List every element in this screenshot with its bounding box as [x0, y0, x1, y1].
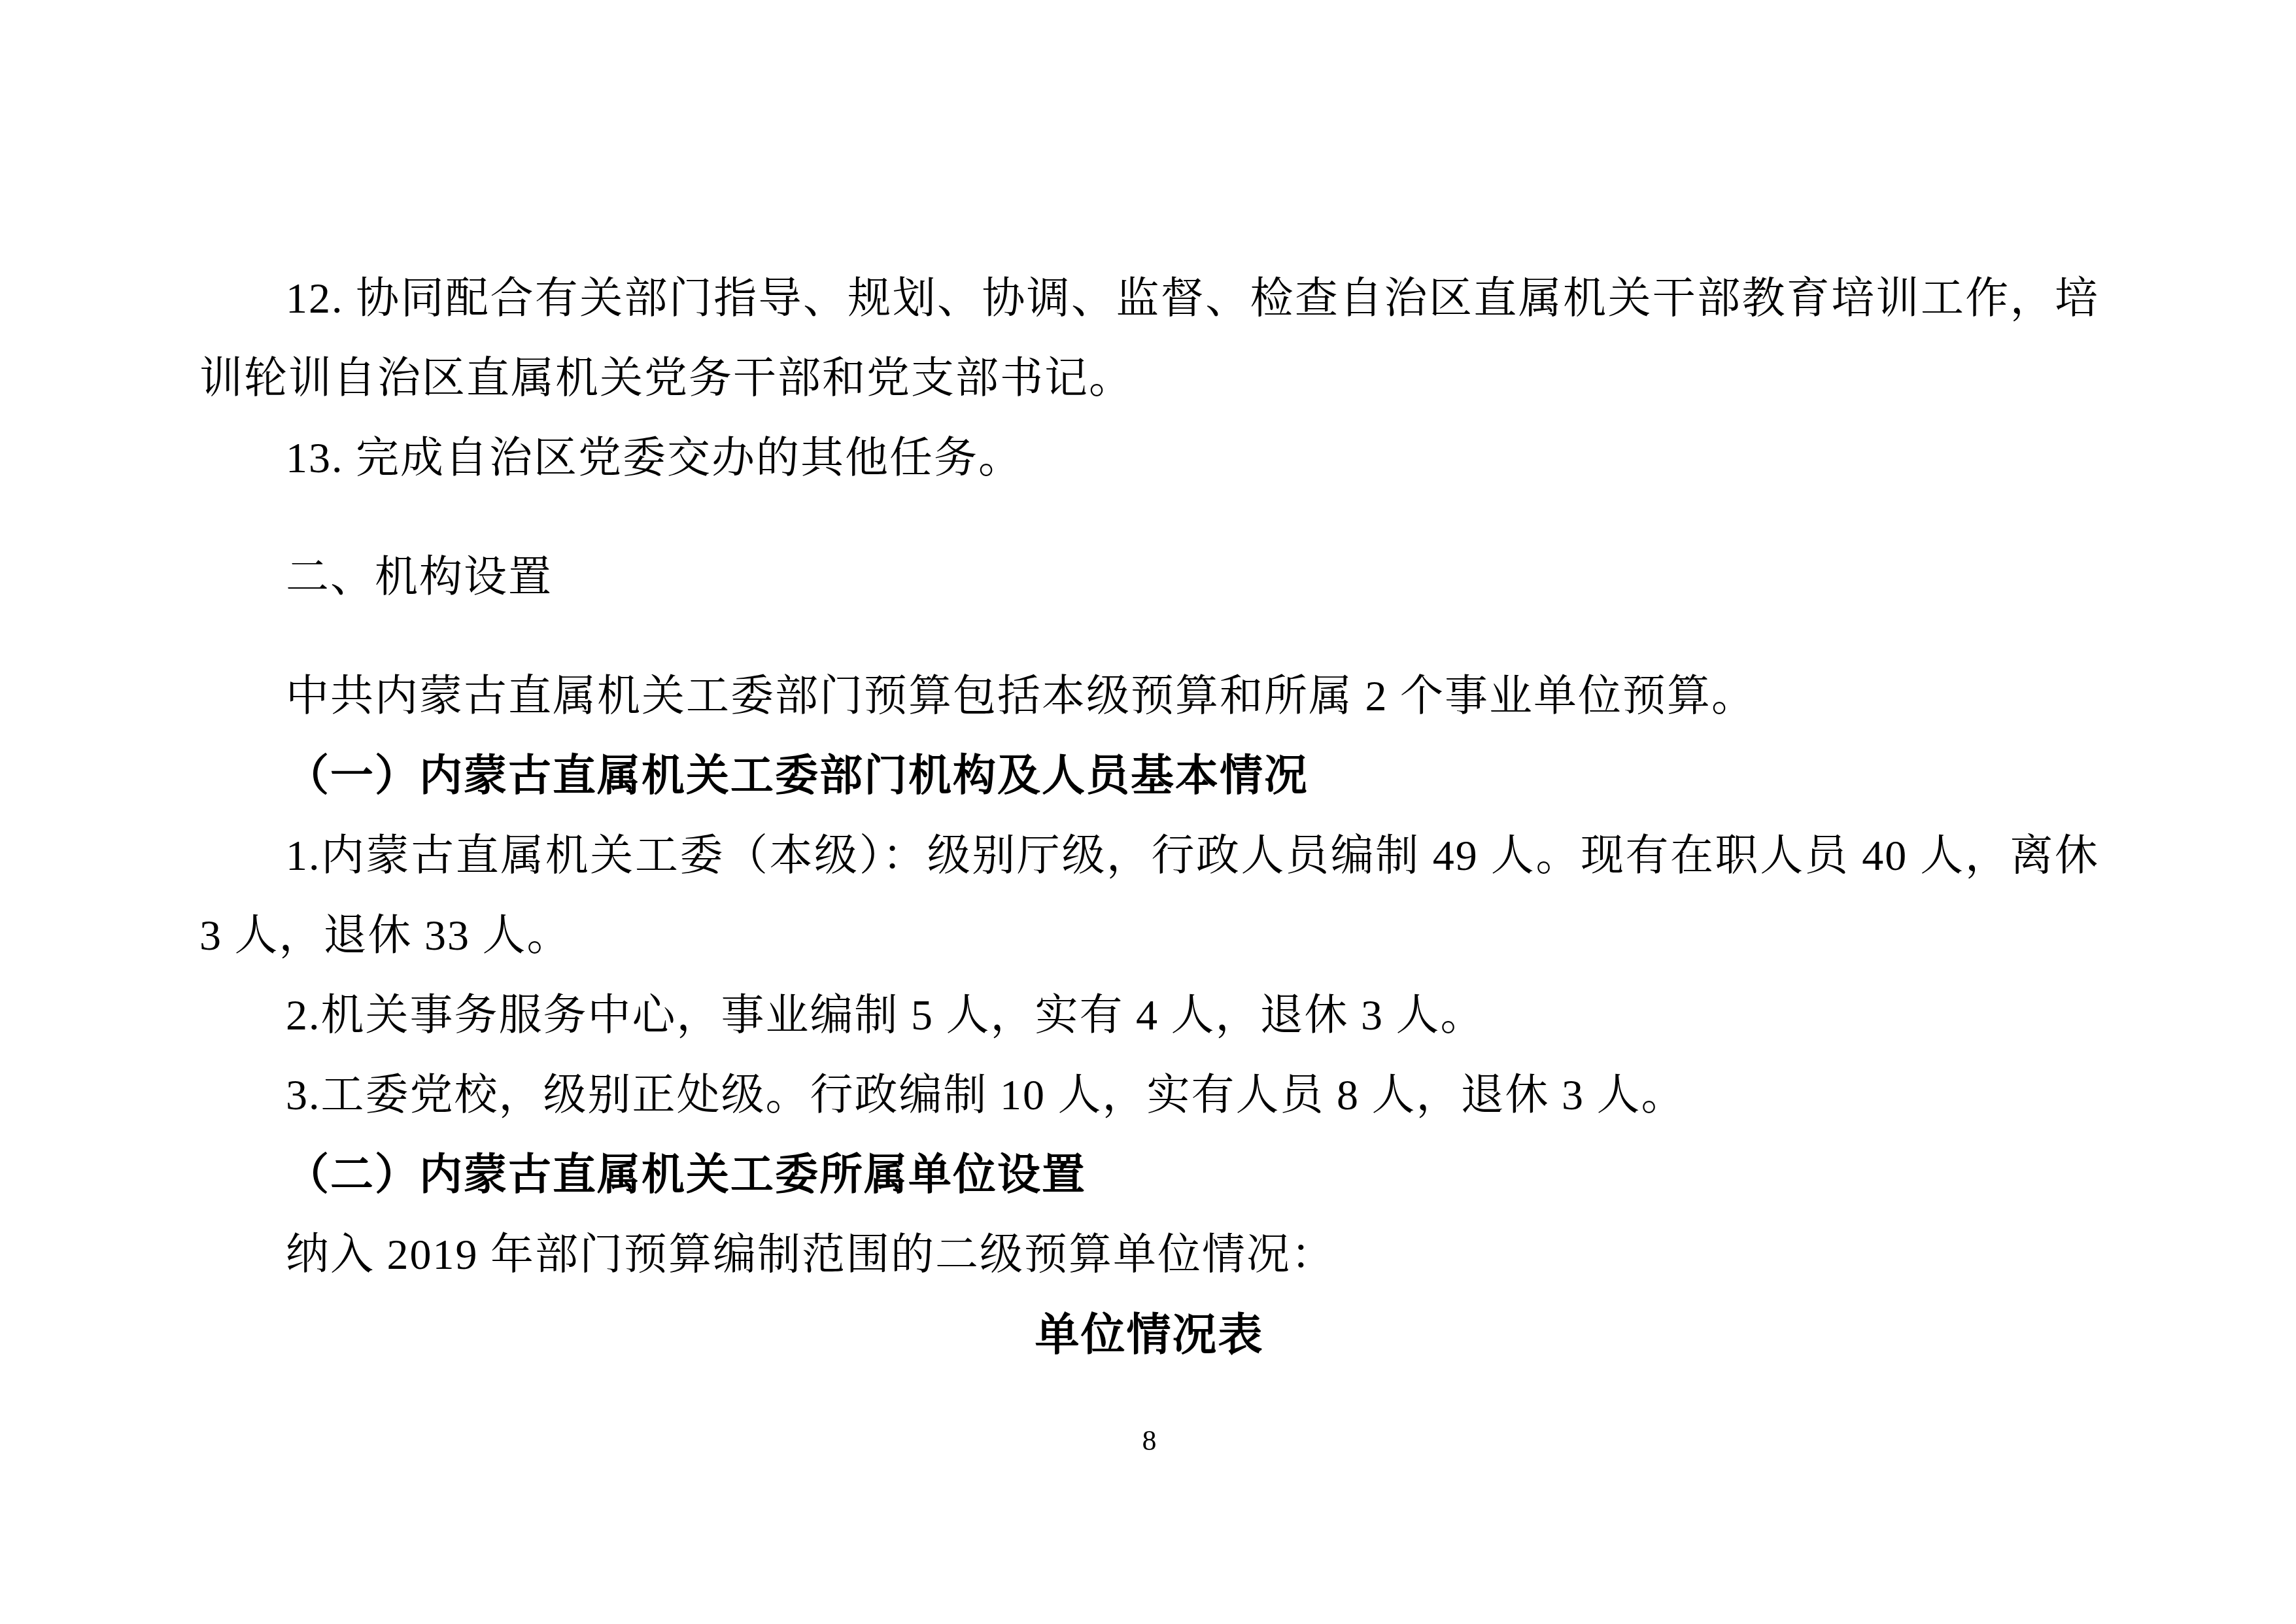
paragraph-budget-scope: 中共内蒙古直属机关工委部门预算包括本级预算和所属 2 个事业单位预算。	[199, 657, 2099, 736]
subsection-heading-1-staff-basics: （一）内蒙古直属机关工委部门机构及人员基本情况	[199, 736, 2099, 816]
paragraph-unit-2-service-center: 2.机关事务服务中心，事业编制 5 人，实有 4 人，退休 3 人。	[199, 976, 2099, 1056]
paragraph-unit-1-gongwei: 1.内蒙古直属机关工委（本级）：级别厅级，行政人员编制 49 人。现有在职人员 …	[199, 816, 2099, 976]
page-number: 8	[199, 1401, 2099, 1481]
section-heading-organization-setup: 二、机构设置	[199, 538, 2099, 617]
paragraph-item-13: 13. 完成自治区党委交办的其他任务。	[199, 419, 2099, 498]
paragraph-item-12: 12. 协同配合有关部门指导、规划、协调、监督、检查自治区直属机关干部教育培训工…	[199, 259, 2099, 419]
document-page: 12. 协同配合有关部门指导、规划、协调、监督、检查自治区直属机关干部教育培训工…	[0, 0, 2296, 1624]
subsection-heading-2-subordinate-units: （二）内蒙古直属机关工委所属单位设置	[199, 1135, 2099, 1215]
table-title-unit-situation: 单位情况表	[199, 1295, 2099, 1375]
document-body: 12. 协同配合有关部门指导、规划、协调、监督、检查自治区直属机关干部教育培训工…	[199, 259, 2099, 1481]
paragraph-unit-3-party-school: 3.工委党校，级别正处级。行政编制 10 人，实有人员 8 人，退休 3 人。	[199, 1056, 2099, 1135]
paragraph-2019-budget-units: 纳入 2019 年部门预算编制范围的二级预算单位情况：	[199, 1215, 2099, 1295]
